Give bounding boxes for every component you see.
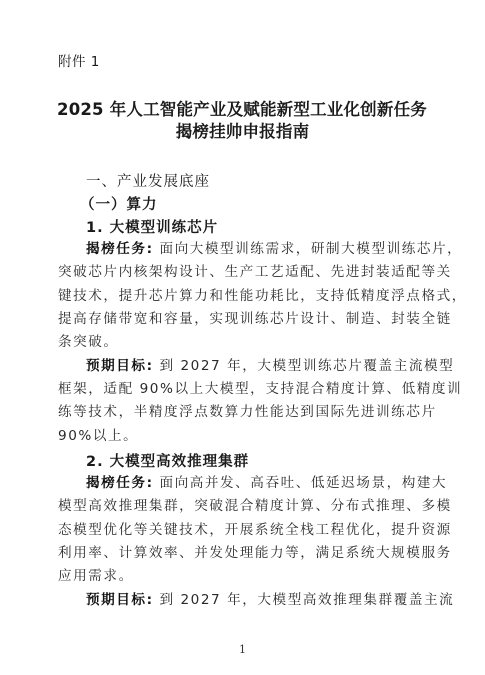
document-page: 附件 1 2025 年人工智能产业及赋能新型工业化创新任务 揭榜挂帅申报指南 一… [0, 0, 485, 675]
item-1-goal-line: 练等技术，半精度浮点数算力性能达到国际先进训练芯片 [58, 403, 412, 421]
item-2-task-label: 揭榜任务: [86, 475, 154, 491]
document-title-line-2: 揭榜挂帅申报指南 [0, 118, 485, 142]
item-2-task-line: 揭榜任务: 面向高并发、高吞吐、低延迟场景，构建大 [86, 474, 412, 492]
item-2-task-line: 应用需求。 [58, 567, 412, 585]
item-2-task-text: 面向高并发、高吞吐、低延迟场景，构建大 [159, 475, 447, 491]
subsection-heading: （一）算力 [80, 193, 158, 214]
item-1-task-line: 键技术，提升芯片算力和性能功耗比，支持低精度浮点格式， [58, 287, 412, 305]
item-1-task-line: 突破芯片内核架构设计、生产工艺适配、先进封装适配等关 [58, 263, 412, 281]
item-1-goal-line: 预期目标: 到 2027 年，大模型训练芯片覆盖主流模型 [86, 357, 412, 375]
item-1-task-line: 条突破。 [58, 333, 412, 351]
item-2-goal-line: 预期目标: 到 2027 年，大模型高效推理集群覆盖主流 [86, 591, 412, 609]
item-1-heading: 1. 大模型训练芯片 [86, 216, 218, 237]
item-2-task-line: 利用率、计算效率、并发处理能力等，满足系统大规模服务 [58, 544, 412, 562]
item-1-task-text: 面向大模型训练需求，研制大模型训练芯片， [159, 241, 462, 257]
item-1-task-line: 揭榜任务: 面向大模型训练需求，研制大模型训练芯片， [86, 240, 412, 258]
item-2-task-line: 态模型优化等关键技术，开展系统全栈工程优化，提升资源 [58, 521, 412, 539]
document-title-line-1: 2025 年人工智能产业及赋能新型工业化创新任务 [14, 96, 470, 120]
item-1-goal-text: 到 2027 年，大模型训练芯片覆盖主流模型 [159, 358, 454, 374]
item-1-task-label: 揭榜任务: [86, 241, 154, 257]
attachment-label: 附件 1 [58, 50, 100, 70]
item-2-goal-label: 预期目标: [86, 592, 154, 608]
item-1-goal-line: 90%以上。 [58, 427, 412, 445]
item-1-goal-label: 预期目标: [86, 358, 154, 374]
item-2-heading: 2. 大模型高效推理集群 [86, 450, 249, 471]
item-2-task-line: 模型高效推理集群，突破混合精度计算、分布式推理、多模 [58, 497, 412, 515]
section-heading: 一、产业发展底座 [86, 170, 210, 191]
item-2-goal-text: 到 2027 年，大模型高效推理集群覆盖主流 [159, 592, 454, 608]
item-1-task-line: 提高存储带宽和容量，实现训练芯片设计、制造、封装全链 [58, 310, 412, 328]
page-number: 1 [0, 643, 485, 656]
item-1-goal-line: 框架，适配 90%以上大模型，支持混合精度计算、低精度训 [58, 380, 412, 398]
